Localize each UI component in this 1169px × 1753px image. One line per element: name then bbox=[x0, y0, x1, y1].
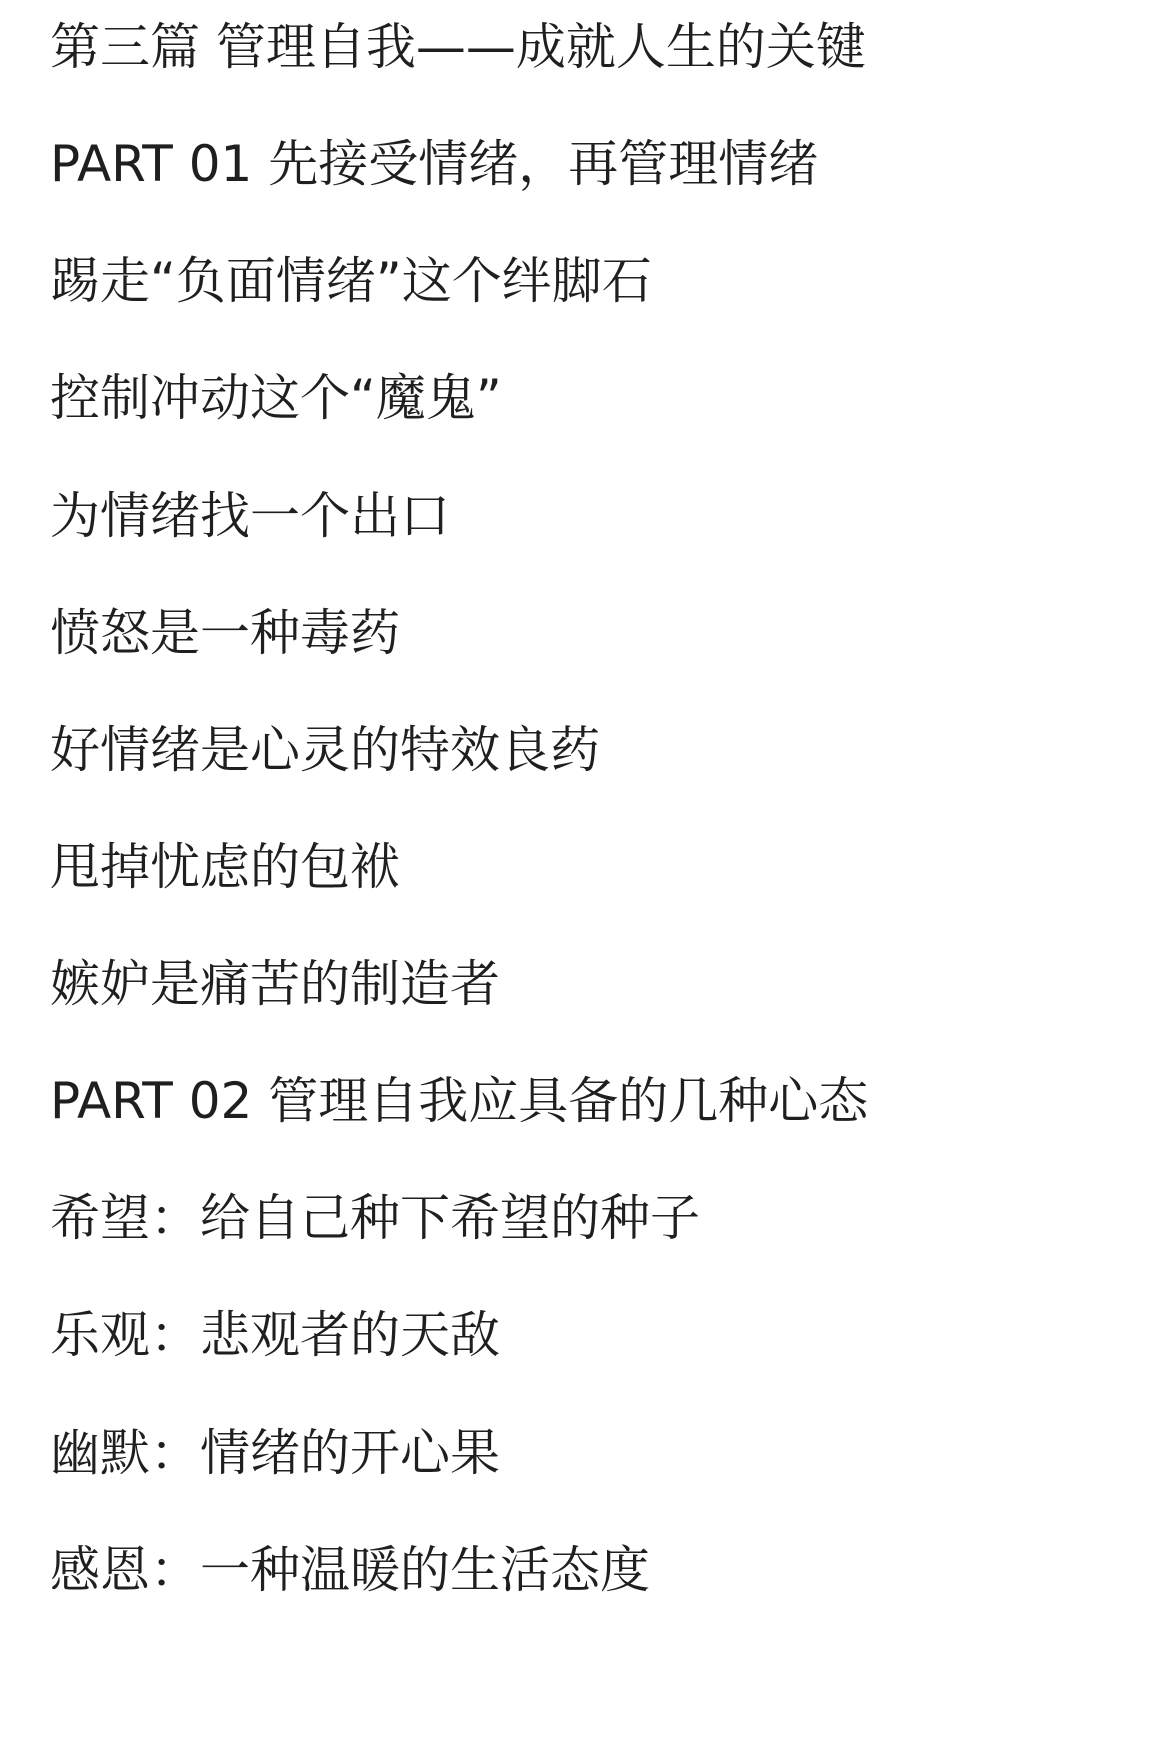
chapter-item: 愤怒是一种毒药 bbox=[50, 600, 868, 717]
part-heading-01: PART 01 先接受情绪，再管理情绪 bbox=[50, 131, 868, 248]
chapter-item: 嫉妒是痛苦的制造者 bbox=[50, 951, 868, 1068]
chapter-item: 感恩：一种温暖的生活态度 bbox=[50, 1537, 868, 1654]
section-title: 第三篇 管理自我——成就人生的关键 bbox=[50, 14, 868, 131]
part-heading-02: PART 02 管理自我应具备的几种心态 bbox=[50, 1068, 868, 1185]
chapter-item: 为情绪找一个出口 bbox=[50, 483, 868, 600]
chapter-item: 控制冲动这个“魔鬼” bbox=[50, 365, 868, 482]
chapter-item: 踢走“负面情绪”这个绊脚石 bbox=[50, 248, 868, 365]
table-of-contents: 第三篇 管理自我——成就人生的关键 PART 01 先接受情绪，再管理情绪 踢走… bbox=[50, 14, 868, 1654]
chapter-item: 乐观：悲观者的天敌 bbox=[50, 1302, 868, 1419]
chapter-item: 希望：给自己种下希望的种子 bbox=[50, 1185, 868, 1302]
chapter-item: 幽默：情绪的开心果 bbox=[50, 1420, 868, 1537]
chapter-item: 好情绪是心灵的特效良药 bbox=[50, 717, 868, 834]
chapter-item: 甩掉忧虑的包袱 bbox=[50, 834, 868, 951]
